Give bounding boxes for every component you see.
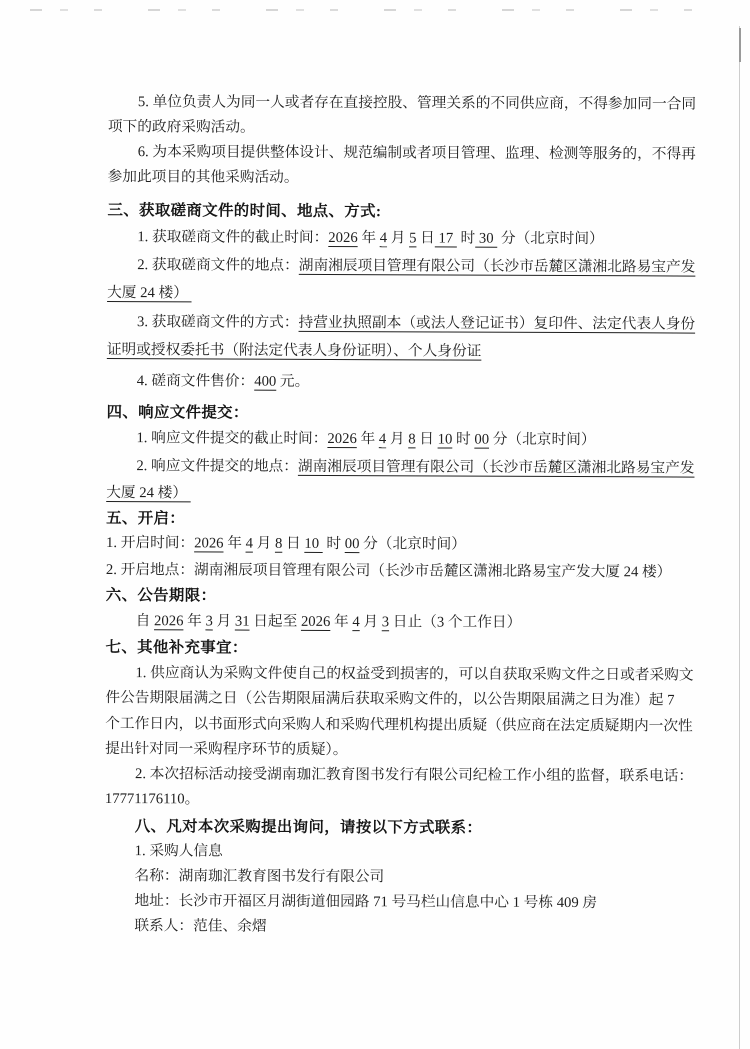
text-segment: 2. 开启地点：湖南湘辰项目管理有限公司（长沙市岳麓区潇湘北路易宝产发大厦 24… [106, 562, 672, 580]
underlined-text: 湖南湘辰项目管理有限公司（长沙市岳麓区潇湘北路易宝产发 [299, 258, 696, 276]
text-segment: 名称：湖南珈汇教育图书发行有限公司 [135, 868, 385, 885]
text-segment: 1. 供应商认为采购文件使自己的权益受到损害的，可以自获取采购文件之日或者采购文 [135, 665, 693, 683]
text-segment: 日 [416, 230, 434, 246]
text-segment: 月 [253, 536, 275, 552]
text-line: 个工作日内，以书面形式向采购人和采购代理机构提出质疑（供应商在法定质疑期内一次性 [105, 712, 689, 740]
text-segment: 个工作日内，以书面形式向采购人和采购代理机构提出质疑（供应商在法定质疑期内一次性 [105, 716, 693, 735]
text-segment: 联系人：范佳、余熠 [134, 918, 266, 935]
text-segment: 四、响应文件提交： [107, 404, 249, 422]
text-segment: 月 [360, 614, 382, 630]
text-segment: 年 [330, 614, 352, 630]
text-segment: 元。 [276, 374, 309, 390]
underlined-text: 大厦 24 楼） [107, 285, 192, 301]
underlined-text: 2026 [154, 613, 183, 629]
text-segment: 月 [386, 431, 408, 447]
text-segment: 分（北京时间） [497, 231, 604, 247]
underlined-text: 2026 [194, 535, 223, 551]
text-line: 提出针对同一采购程序环节的质疑）。 [105, 737, 689, 765]
text-line: 1. 采购人信息 [105, 839, 689, 867]
text-segment: 1. 响应文件提交的截止时间： [136, 430, 327, 447]
text-line: 1. 响应文件提交的截止时间：2026 年 4 月 8 日 10 时 00 分（… [106, 426, 690, 454]
scanned-document-page: 5. 单位负责人为同一人或者存在直接控股、管理关系的不同供应商，不得参加同一合同… [0, 0, 750, 1049]
text-line: 联系人：范佳、余熠 [104, 914, 688, 942]
underlined-text: 4 [246, 536, 253, 552]
underlined-text: 00 [345, 536, 360, 552]
text-segment: 时 [457, 231, 475, 247]
section-heading: 七、其他补充事宜： [106, 635, 690, 663]
text-segment: 日起至 [250, 614, 301, 630]
scan-tick-right-edge [739, 28, 741, 62]
text-line: 2. 响应文件提交的地点：湖南湘辰项目管理有限公司（长沙市岳麓区潇湘北路易宝产发 [106, 454, 690, 482]
text-line: 参加此项目的其他采购活动。 [108, 165, 692, 193]
text-segment: 日 [282, 536, 304, 552]
text-segment: 月 [213, 613, 235, 629]
text-segment: 年 [357, 431, 379, 447]
text-segment: 6. 为本采购项目提供整体设计、规范编制或者项目管理、监理、检测等服务的，不得再 [138, 144, 696, 162]
text-segment: 分（北京时间） [489, 432, 596, 448]
text-segment: 八、凡对本次采购提出询问，请按以下方式联系： [135, 818, 482, 837]
text-segment: 2. 响应文件提交的地点： [136, 458, 298, 475]
text-line: 1. 供应商认为采购文件使自己的权益受到损害的，可以自获取采购文件之日或者采购文 [105, 661, 689, 689]
scan-line-right-edge [739, 26, 740, 1049]
text-segment: 时 [323, 536, 345, 552]
section-heading: 八、凡对本次采购提出询问，请按以下方式联系： [105, 814, 689, 842]
text-line: 2. 本次招标活动接受湖南珈汇教育图书发行有限公司纪检工作小组的监督，联系电话： [105, 762, 689, 790]
text-segment: 年 [358, 230, 380, 246]
underlined-text: 30 [475, 231, 497, 247]
text-line: 件公告期限届满之日（公告期限届满后获取采购文件的，以公告期限届满之日为准）起 7 [105, 686, 689, 714]
text-line: 3. 获取磋商文件的方式：持营业执照副本（或法人登记证书）复印件、法定代表人身份 [107, 310, 691, 338]
text-line: 2. 获取磋商文件的地点：湖南湘辰项目管理有限公司（长沙市岳麓区潇湘北路易宝产发 [107, 253, 691, 281]
text-segment: 件公告期限届满之日（公告期限届满后获取采购文件的，以公告期限届满之日为准）起 7 [105, 690, 674, 708]
text-line: 2. 开启地点：湖南湘辰项目管理有限公司（长沙市岳麓区潇湘北路易宝产发大厦 24… [106, 558, 690, 586]
text-line: 6. 为本采购项目提供整体设计、规范编制或者项目管理、监理、检测等服务的，不得再 [108, 140, 692, 168]
section-heading: 五、开启： [106, 506, 690, 534]
text-segment: 七、其他补充事宜： [106, 639, 248, 657]
underlined-text: 证明或授权委托书（附法定代表人身份证明）、个人身份证 [107, 342, 482, 360]
underlined-text: 10 [304, 536, 322, 552]
text-segment: 分（北京时间） [359, 536, 466, 552]
text-segment: 2. 本次招标活动接受湖南珈汇教育图书发行有限公司纪检工作小组的监督，联系电话： [135, 766, 693, 784]
text-segment: 参加此项目的其他采购活动。 [108, 169, 299, 186]
text-line: 项下的政府采购活动。 [108, 115, 692, 143]
section-heading: 四、响应文件提交： [107, 400, 691, 428]
text-line: 证明或授权委托书（附法定代表人身份证明）、个人身份证 [107, 338, 691, 366]
underlined-text: 00 [474, 432, 489, 448]
scan-noise-top-edge [30, 9, 738, 11]
underlined-text: 持营业执照副本（或法人登记证书）复印件、法定代表人身份 [299, 315, 696, 333]
text-segment: 1. 开启时间： [106, 535, 194, 551]
text-line: 大厦 24 楼） [107, 281, 691, 309]
text-segment: 17771176110。 [105, 791, 199, 807]
text-segment: 项下的政府采购活动。 [108, 119, 255, 136]
text-segment: 时 [452, 432, 474, 448]
text-segment: 自 [136, 613, 154, 629]
text-segment: 2. 获取磋商文件的地点： [137, 257, 299, 274]
underlined-text: 31 [235, 614, 250, 630]
text-segment: 提出针对同一采购程序环节的质疑）。 [105, 741, 347, 758]
text-line: 自 2026 年 3 月 31 日起至 2026 年 4 月 3 日止（3 个工… [106, 609, 690, 637]
text-segment: 4. 磋商文件售价： [137, 373, 255, 390]
text-segment: 地址：长沙市开福区月湖街道佃园路 71 号马栏山信息中心 1 号栋 409 房 [134, 893, 597, 911]
text-segment: 年 [183, 613, 205, 629]
text-segment: 三、获取磋商文件的时间、地点、方式: [107, 202, 381, 220]
underlined-text: 10 [438, 431, 453, 447]
text-line: 名称：湖南珈汇教育图书发行有限公司 [105, 864, 689, 892]
text-line: 1. 开启时间：2026 年 4 月 8 日 10 时 00 分（北京时间） [106, 531, 690, 559]
section-heading: 三、获取磋商文件的时间、地点、方式: [107, 198, 691, 226]
text-line: 地址：长沙市开福区月湖街道佃园路 71 号马栏山信息中心 1 号栋 409 房 [104, 889, 688, 917]
underlined-text: 2026 [327, 431, 356, 447]
underlined-text: 大厦 24 楼） [106, 485, 191, 501]
text-segment: 五、开启： [106, 510, 185, 527]
underlined-text: 2026 [328, 230, 357, 246]
text-segment: 日 [416, 431, 438, 447]
underlined-text: 4 [380, 230, 387, 246]
text-segment: 年 [224, 536, 246, 552]
text-line: 4. 磋商文件售价：400 元。 [107, 369, 691, 397]
document-body: 5. 单位负责人为同一人或者存在直接控股、管理关系的不同供应商，不得参加同一合同… [104, 90, 692, 942]
text-segment: 1. 获取磋商文件的截止时间： [137, 229, 328, 246]
underlined-text: 17 [435, 230, 457, 246]
text-segment: 5. 单位负责人为同一人或者存在直接控股、管理关系的不同供应商，不得参加同一合同 [138, 94, 696, 112]
section-heading: 六、公告期限： [106, 583, 690, 611]
text-line: 17771176110。 [105, 787, 689, 815]
text-segment: 1. 采购人信息 [135, 843, 223, 859]
text-line: 大厦 24 楼） [106, 481, 690, 509]
text-segment: 3. 获取磋商文件的方式： [137, 314, 299, 331]
underlined-text: 4 [379, 431, 386, 447]
text-line: 1. 获取磋商文件的截止时间：2026 年 4 月 5 日 17 时 30 分（… [107, 225, 691, 253]
text-segment: 日止（3 个工作日） [389, 614, 521, 631]
text-line: 5. 单位负责人为同一人或者存在直接控股、管理关系的不同供应商，不得参加同一合同 [108, 90, 692, 118]
underlined-text: 2026 [301, 614, 330, 630]
text-segment: 月 [387, 230, 409, 246]
text-segment: 六、公告期限： [106, 587, 217, 604]
underlined-text: 400 [254, 374, 276, 390]
underlined-text: 湖南湘辰项目管理有限公司（长沙市岳麓区潇湘北路易宝产发 [298, 459, 695, 477]
